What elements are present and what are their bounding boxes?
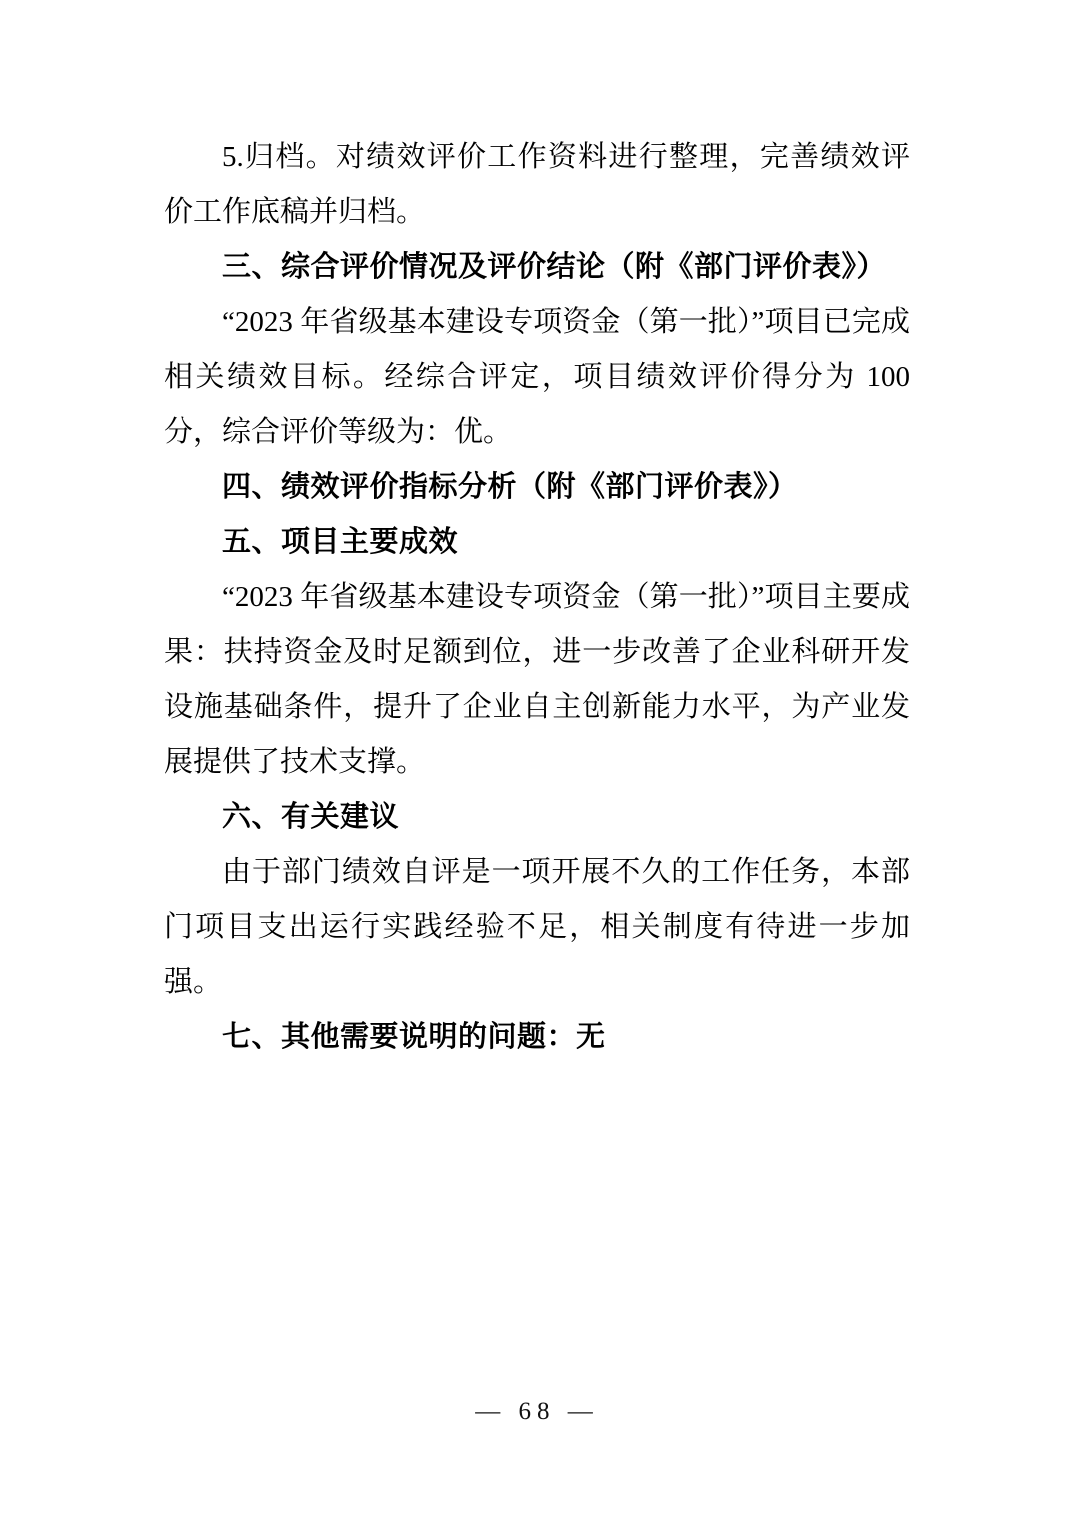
- heading-section-4-indicators: 四、绩效评价指标分析（附《部门评价表》）: [164, 460, 910, 515]
- heading-section-3-conclusion: 三、综合评价情况及评价结论（附《部门评价表》）: [164, 240, 910, 295]
- page-number: — 68 —: [475, 1398, 599, 1425]
- heading-section-6-suggestions: 六、有关建议: [164, 790, 910, 845]
- paragraph-archiving-step: 5.归档。对绩效评价工作资料进行整理，完善绩效评价工作底稿并归档。: [164, 130, 910, 240]
- paragraph-project-achievements: “2023 年省级基本建设专项资金（第一批）”项目主要成果：扶持资金及时足额到位…: [164, 570, 910, 790]
- paragraph-evaluation-result: “2023 年省级基本建设专项资金（第一批）”项目已完成相关绩效目标。经综合评定…: [164, 295, 910, 460]
- document-body: 5.归档。对绩效评价工作资料进行整理，完善绩效评价工作底稿并归档。 三、综合评价…: [164, 130, 910, 1065]
- heading-section-5-achievements: 五、项目主要成效: [164, 515, 910, 570]
- heading-section-7-other-issues: 七、其他需要说明的问题：无: [164, 1010, 910, 1065]
- page-footer: — 68 —: [0, 1398, 1074, 1426]
- document-page: 5.归档。对绩效评价工作资料进行整理，完善绩效评价工作底稿并归档。 三、综合评价…: [0, 0, 1074, 1520]
- paragraph-suggestions: 由于部门绩效自评是一项开展不久的工作任务，本部门项目支出运行实践经验不足，相关制…: [164, 845, 910, 1010]
